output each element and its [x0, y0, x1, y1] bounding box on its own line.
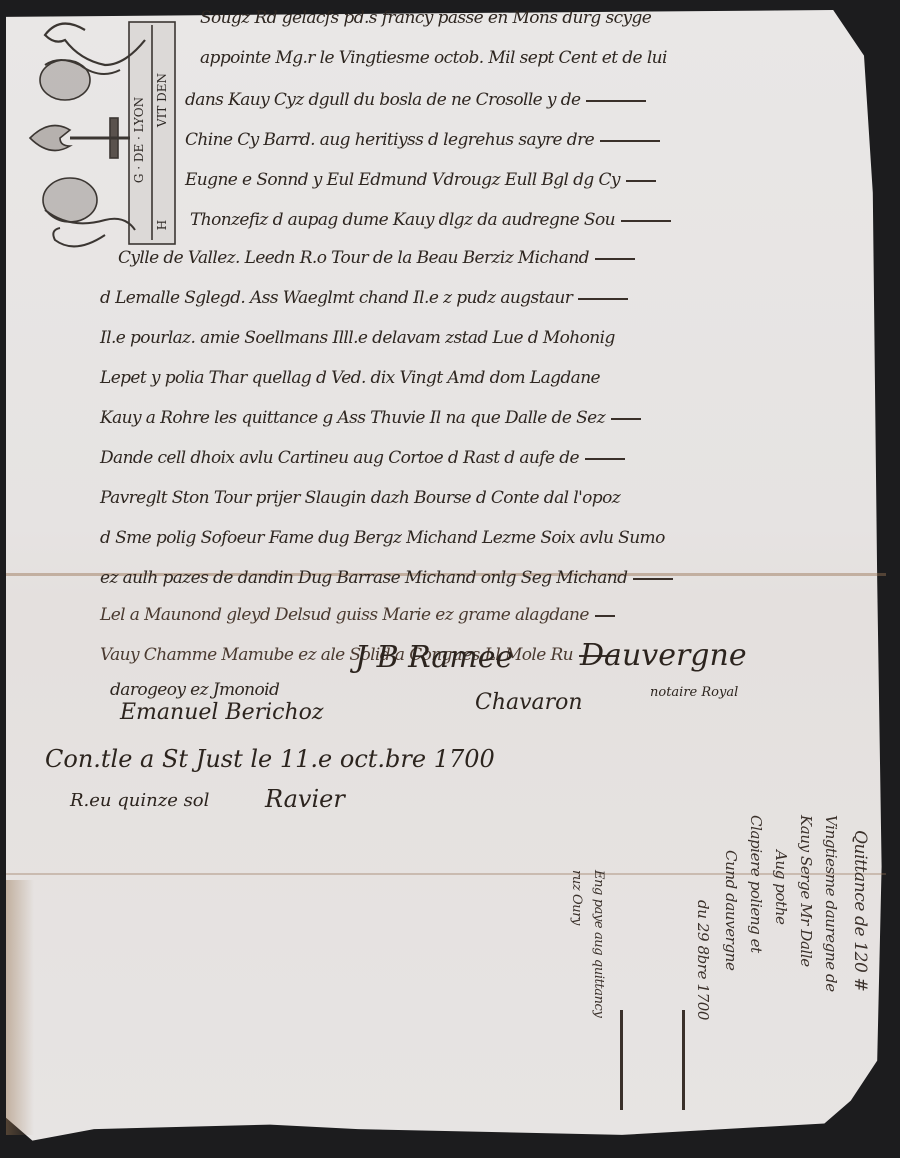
lion-fleur-de-lis-stamp-icon: G · DE · LYON VIT DEN H: [25, 10, 190, 255]
body-line: appointe Mg.r le Vingtiesme octob. Mil s…: [200, 48, 667, 68]
body-line: Thonzefiz d aupag dume Kauy dlgz da audr…: [190, 210, 671, 230]
margin-note-line: Quittance de 120 #: [850, 830, 870, 991]
body-line: Chine Cy Barrd. aug heritiyss d legrehus…: [185, 130, 660, 150]
body-line: Cylle de Vallez. Leedn R.o Tour de la Be…: [118, 248, 635, 268]
body-line: Lepet y polia Thar quellag d Ved. dix Vi…: [100, 368, 600, 388]
body-line: darogeoy ez Jmonoid: [110, 680, 279, 700]
notaire-annotation: notaire Royal: [650, 685, 738, 700]
stamp-legend-corner: H: [155, 220, 169, 230]
margin-note-line: Vingtiesme dauregne de: [822, 815, 840, 992]
body-line: Lel a Maunond gleyd Delsud guiss Marie e…: [100, 605, 615, 625]
signature-notaire: Chavaron: [475, 690, 583, 715]
body-line: d Sme polig Sofoeur Fame dug Bergz Micha…: [100, 528, 665, 548]
stamp-legend-inner: G · DE · LYON: [132, 97, 146, 183]
body-line: d Lemalle Sglegd. Ass Waeglmt chand Il.e…: [100, 288, 628, 308]
body-line: Dande cell dhoix avlu Cartineu aug Corto…: [100, 448, 625, 468]
body-line: Il.e pourlaz. amie Soellmans Illl.e dela…: [100, 328, 615, 348]
water-stain: [6, 880, 34, 1135]
margin-note-line: du 29 8bre 1700: [694, 900, 712, 1020]
control-note-signature: Ravier: [265, 785, 345, 813]
body-line: Sougz Rd gelacfs pd.s francy passe en Mo…: [200, 8, 651, 28]
signature-ramee: J B Ramee: [355, 640, 513, 675]
stamp-legend-outer: VIT DEN: [155, 73, 169, 128]
signature-berichoz: Emanuel Berichoz: [120, 700, 324, 725]
control-note-line2: R.eu quinze sol: [70, 790, 209, 811]
margin-rule: [620, 1010, 623, 1110]
margin-note-line: Cund dauvergne: [722, 850, 740, 970]
signature-dauvergne: Dauvergne: [580, 638, 747, 673]
body-line: ez aulh pazes de dandin Dug Barrase Mich…: [100, 568, 673, 588]
margin-note-line: Clapiere polieng et: [747, 815, 765, 953]
tax-stamp: G · DE · LYON VIT DEN H: [25, 10, 190, 255]
control-note-line1: Con.tle a St Just le 11.e oct.bre 1700: [45, 745, 495, 773]
body-line: Kauy a Rohre les quittance g Ass Thuvie …: [100, 408, 641, 428]
margin-rule: [682, 1010, 685, 1110]
body-line: Eugne e Sonnd y Eul Edmund Vdrougz Eull …: [185, 170, 656, 190]
margin-sub-line: Eng paye aug quittancy: [591, 870, 606, 1017]
margin-note-line: Kauy Serge Mr Dalle: [797, 815, 815, 967]
body-line: Pavreglt Ston Tour prijer Slaugin dazh B…: [100, 488, 620, 508]
margin-note-line: Aug pothe: [772, 850, 790, 924]
body-line: dans Kauy Cyz dgull du bosla de ne Croso…: [185, 90, 646, 110]
margin-sub-line: ruz Oury: [569, 870, 584, 925]
